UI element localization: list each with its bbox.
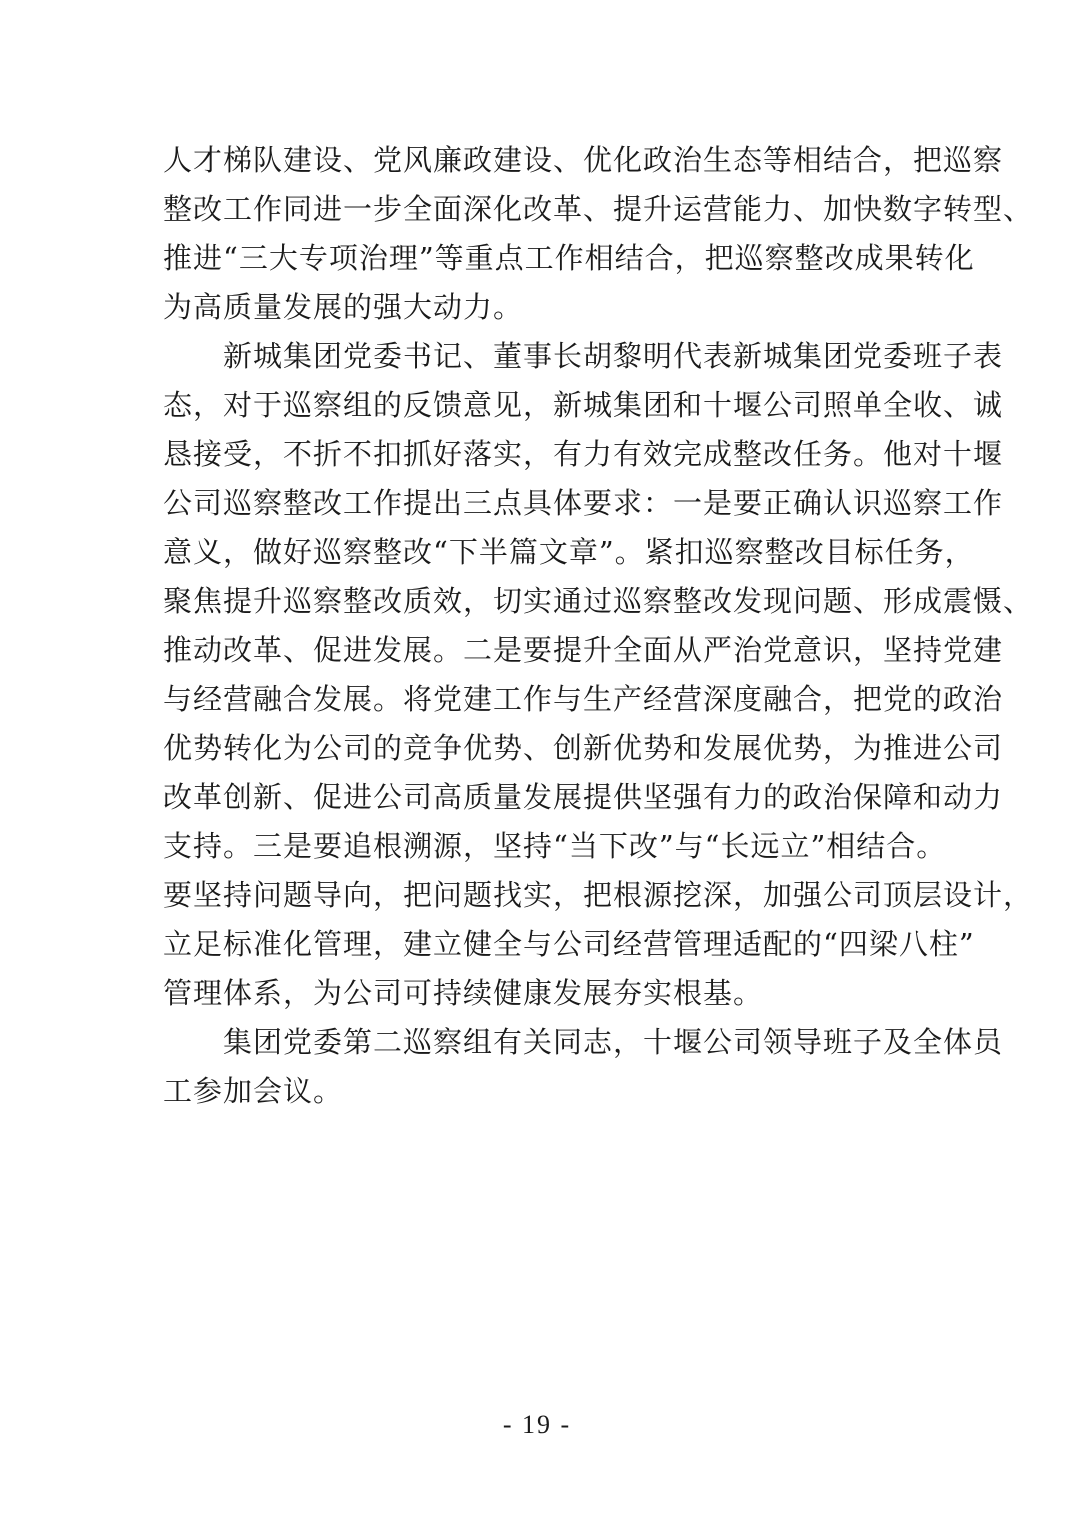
text-line: 聚焦提升巡察整改质效，切实通过巡察整改发现问题、形成震慑、	[163, 577, 913, 626]
body-text: 人才梯队建设、党风廉政建设、优化政治生态等相结合，把巡察 整改工作同进一步全面深…	[163, 136, 913, 1116]
text-line: 意义，做好巡察整改“下半篇文章”。紧扣巡察整改目标任务，	[163, 528, 913, 577]
text-line: 管理体系，为公司可持续健康发展夯实根基。	[163, 969, 913, 1018]
text-line: 态，对于巡察组的反馈意见，新城集团和十堰公司照单全收、诚	[163, 381, 913, 430]
text-line: 支持。三是要追根溯源，坚持“当下改”与“长远立”相结合。	[163, 822, 913, 871]
text-line: 为高质量发展的强大动力。	[163, 283, 913, 332]
text-line: 整改工作同进一步全面深化改革、提升运营能力、加快数字转型、	[163, 185, 913, 234]
text-line: 要坚持问题导向，把问题找实，把根源挖深，加强公司顶层设计，	[163, 871, 913, 920]
document-page: 人才梯队建设、党风廉政建设、优化政治生态等相结合，把巡察 整改工作同进一步全面深…	[0, 0, 1074, 1520]
text-line: 改革创新、促进公司高质量发展提供坚强有力的政治保障和动力	[163, 773, 913, 822]
paragraph-2: 新城集团党委书记、董事长胡黎明代表新城集团党委班子表 态，对于巡察组的反馈意见，…	[163, 332, 913, 1018]
page-number: - 19 -	[0, 1410, 1074, 1440]
text-line: 工参加会议。	[163, 1067, 913, 1116]
text-line: 立足标准化管理，建立健全与公司经营管理适配的“四梁八柱”	[163, 920, 913, 969]
text-line: 优势转化为公司的竞争优势、创新优势和发展优势，为推进公司	[163, 724, 913, 773]
text-line: 与经营融合发展。将党建工作与生产经营深度融合，把党的政治	[163, 675, 913, 724]
paragraph-3: 集团党委第二巡察组有关同志，十堰公司领导班子及全体员 工参加会议。	[163, 1018, 913, 1116]
paragraph-1: 人才梯队建设、党风廉政建设、优化政治生态等相结合，把巡察 整改工作同进一步全面深…	[163, 136, 913, 332]
text-line: 公司巡察整改工作提出三点具体要求：一是要正确认识巡察工作	[163, 479, 913, 528]
text-line: 推进“三大专项治理”等重点工作相结合，把巡察整改成果转化	[163, 234, 913, 283]
text-line: 恳接受，不折不扣抓好落实，有力有效完成整改任务。他对十堰	[163, 430, 913, 479]
text-line: 人才梯队建设、党风廉政建设、优化政治生态等相结合，把巡察	[163, 136, 913, 185]
text-line: 推动改革、促进发展。二是要提升全面从严治党意识，坚持党建	[163, 626, 913, 675]
text-line: 新城集团党委书记、董事长胡黎明代表新城集团党委班子表	[163, 332, 913, 381]
text-line: 集团党委第二巡察组有关同志，十堰公司领导班子及全体员	[163, 1018, 913, 1067]
